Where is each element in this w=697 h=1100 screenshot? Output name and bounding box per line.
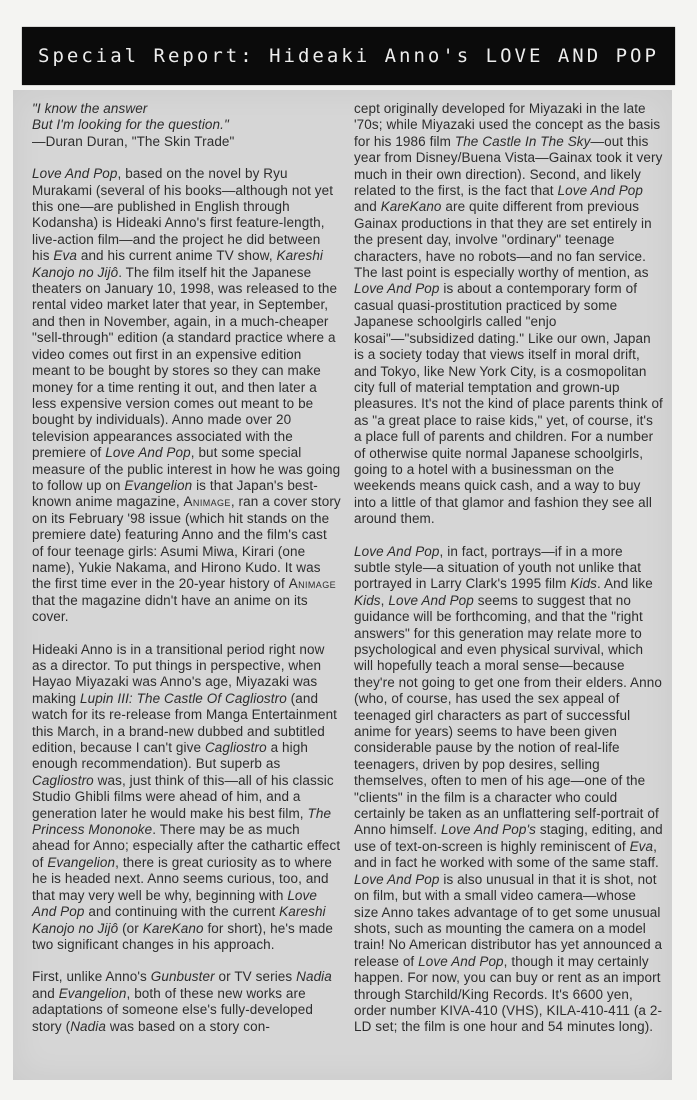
text-run: . The film itself hit the Japanese theat… bbox=[32, 265, 341, 460]
text-run: —Duran Duran, "The Skin Trade" bbox=[32, 134, 234, 149]
italic-text-run: Lupin III: The Castle Of Cagliostro bbox=[80, 691, 287, 706]
text-run: (or bbox=[118, 921, 143, 936]
italic-text-run: Love And Pop bbox=[418, 954, 504, 969]
right-column: cept originally developed for Miyazaki i… bbox=[354, 101, 663, 1080]
page-title: Special Report: Hideaki Anno's LOVE AND … bbox=[38, 45, 659, 67]
paragraph-continuation: cept originally developed for Miyazaki i… bbox=[354, 101, 663, 528]
article-body: "I know the answer But I'm looking for t… bbox=[13, 90, 672, 1080]
italic-text-run: Kids bbox=[570, 576, 597, 591]
text-run: or TV series bbox=[215, 969, 296, 984]
paragraph-intro: Love And Pop, based on the novel by Ryu … bbox=[32, 166, 341, 625]
text-run: and his current anime TV show, bbox=[77, 248, 277, 263]
left-column: "I know the answer But I'm looking for t… bbox=[32, 101, 341, 1080]
italic-text-run: Love And Pop bbox=[354, 544, 440, 559]
italic-text-run: Love And Pop bbox=[105, 445, 191, 460]
smallcaps-text-run: Animage bbox=[184, 494, 231, 509]
italic-text-run: Cagliostro bbox=[205, 740, 267, 755]
italic-text-run: Eva bbox=[53, 248, 77, 263]
italic-text-run: Gunbuster bbox=[151, 969, 215, 984]
text-run: First, unlike Anno's bbox=[32, 969, 151, 984]
italic-text-run: "I know the answer But I'm looking for t… bbox=[32, 101, 229, 132]
italic-text-run: Love And Pop bbox=[32, 166, 118, 181]
italic-text-run: The Castle In The Sky bbox=[455, 134, 591, 149]
italic-text-run: KareKano bbox=[381, 199, 442, 214]
italic-text-run: Nadia bbox=[296, 969, 332, 984]
header-bar: Special Report: Hideaki Anno's LOVE AND … bbox=[22, 27, 675, 85]
magazine-page: Special Report: Hideaki Anno's LOVE AND … bbox=[0, 0, 697, 1100]
smallcaps-text-run: Animage bbox=[289, 576, 336, 591]
italic-text-run: Evangelion bbox=[124, 478, 192, 493]
italic-text-run: Love And Pop bbox=[354, 281, 440, 296]
italic-text-run: Nadia bbox=[70, 1019, 106, 1034]
italic-text-run: Love And Pop bbox=[388, 593, 474, 608]
text-run: seems to suggest that no guidance will b… bbox=[354, 593, 666, 838]
italic-text-run: Love And Pop bbox=[354, 872, 440, 887]
italic-text-run: KareKano bbox=[143, 921, 204, 936]
italic-text-run: Cagliostro bbox=[32, 773, 94, 788]
italic-text-run: Eva bbox=[630, 839, 654, 854]
italic-text-run: Love And Pop's bbox=[441, 822, 536, 837]
pull-quote: "I know the answer But I'm looking for t… bbox=[32, 101, 341, 150]
paragraph-transition: Hideaki Anno is in a transitional period… bbox=[32, 642, 341, 954]
italic-text-run: Kids bbox=[354, 593, 381, 608]
text-run: was based on a story con- bbox=[106, 1019, 270, 1034]
text-run: . And like bbox=[597, 576, 657, 591]
italic-text-run: Evangelion bbox=[59, 986, 127, 1001]
italic-text-run: Evangelion bbox=[47, 855, 115, 870]
paragraph-first-change: First, unlike Anno's Gunbuster or TV ser… bbox=[32, 969, 341, 1035]
paragraph-kids-comparison: Love And Pop, in fact, portrays—if in a … bbox=[354, 544, 663, 1036]
text-run: is about a contemporary form of casual q… bbox=[354, 281, 667, 526]
italic-text-run: Love And Pop bbox=[558, 183, 644, 198]
text-run: and continuing with the current bbox=[85, 904, 280, 919]
